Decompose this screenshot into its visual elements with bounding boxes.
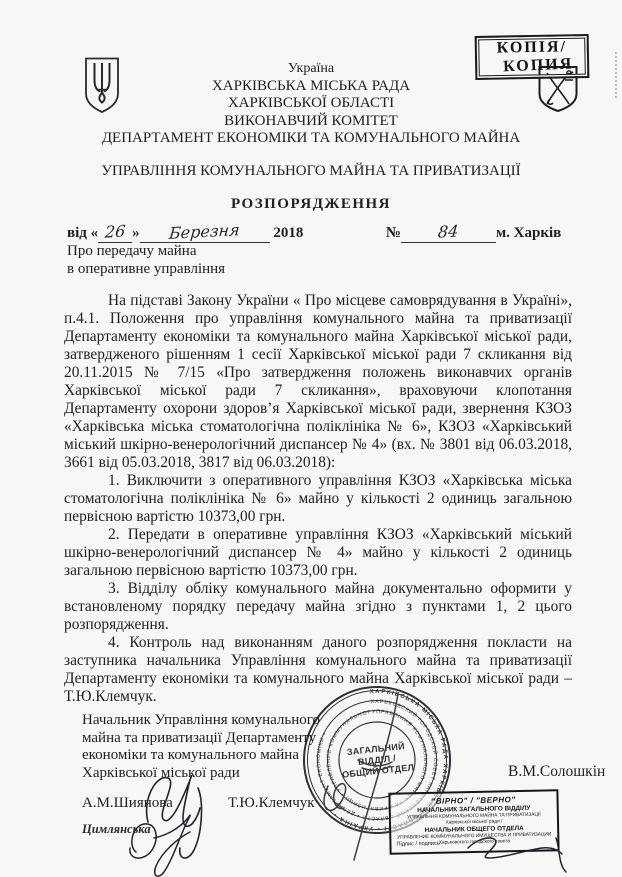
- subject-block: Про передачу майна в оперативне управлін…: [67, 243, 367, 278]
- subject-line-2: в оперативне управління: [67, 261, 367, 279]
- paragraph-item-3: 3. Відділу обліку комунального майна док…: [64, 580, 572, 634]
- org-line-2: ХАРКІВСЬКОЇ ОБЛАСТІ: [0, 95, 622, 113]
- handwritten-month: Березня: [168, 220, 240, 243]
- scanned-directive-document: КОПІЯ/ КОПИЯ Україна ХАРКІВСЬКА МІСЬКА Р…: [0, 0, 622, 877]
- org-line-3: ВИКОНАВЧИЙ КОМІТЕТ: [0, 113, 622, 131]
- org-line-1: ХАРКІВСЬКА МІСЬКА РАДА: [0, 78, 622, 96]
- document-type-title: РОЗПОРЯДЖЕННЯ: [0, 196, 622, 213]
- subject-line-1: Про передачу майна: [67, 243, 367, 261]
- head-signer-name: В.М.Солошкін: [508, 763, 605, 781]
- handwritten-number: 84: [437, 221, 459, 241]
- letterhead: Україна ХАРКІВСЬКА МІСЬКА РАДА ХАРКІВСЬК…: [0, 60, 622, 148]
- date-number-row: від «26»Березня 2018 №84м. Харків: [67, 222, 567, 243]
- handwritten-signature-verify: [460, 820, 590, 875]
- paragraph-preamble: На підставі Закону України « Про місцеве…: [64, 292, 572, 472]
- verify-stamp-signature-label: Підпис / подпись: [396, 841, 439, 849]
- paragraph-item-2: 2. Передати в оперативне управління КЗОЗ…: [64, 526, 572, 580]
- handwritten-signature-1: [120, 760, 260, 877]
- number-label: №: [386, 225, 401, 241]
- city-label: м. Харків: [496, 225, 561, 241]
- date-close-quote: »: [132, 225, 140, 241]
- date-prefix: від «: [67, 225, 98, 241]
- document-body: На підставі Закону України « Про місцеве…: [64, 292, 572, 706]
- handwritten-day: 26: [104, 221, 126, 241]
- date-year: 2018: [273, 225, 303, 241]
- issuing-department: УПРАВЛІННЯ КОМУНАЛЬНОГО МАЙНА ТА ПРИВАТИ…: [0, 163, 622, 180]
- paragraph-item-1: 1. Виключити з оперативного управління К…: [64, 472, 572, 526]
- country-name: Україна: [0, 60, 622, 78]
- org-line-4: ДЕПАРТАМЕНТ ЕКОНОМІКИ ТА КОМУНАЛЬНОГО МА…: [0, 130, 622, 148]
